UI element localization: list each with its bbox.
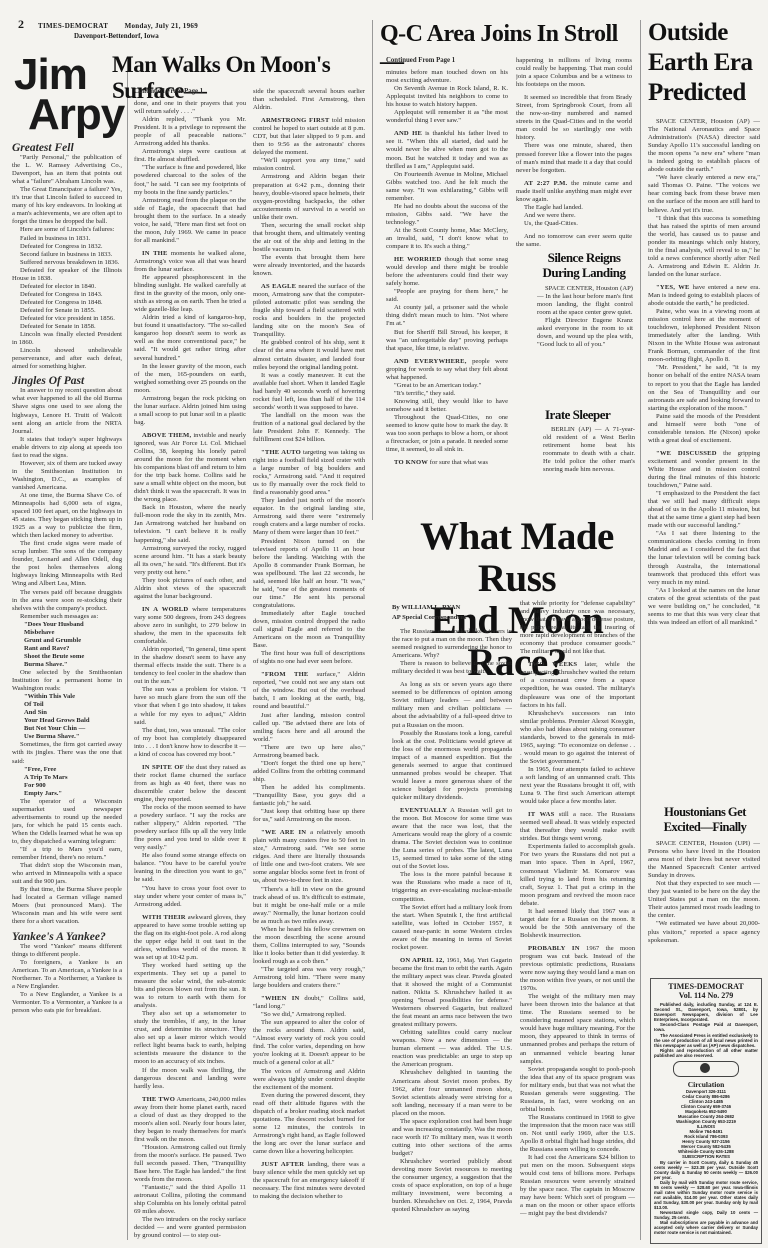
paragraph: The events that brought them here were a… <box>253 254 365 278</box>
paragraph: They landed just north of the moon's equ… <box>253 497 365 537</box>
lead-in: PROBABLY IN <box>528 945 580 952</box>
section-heading: Yankee's A Yankee? <box>12 933 122 941</box>
verse-line: Shoot the Brute some <box>24 653 122 661</box>
section-heading: Greatest Fell <box>12 144 122 152</box>
lead-in: "WE ARE IN <box>261 829 306 836</box>
paragraph: Defeated for Senate in 1858. <box>12 323 122 331</box>
paragraph: He had no doubts about the success of th… <box>386 203 508 227</box>
lead-in: TO KNOW <box>394 459 428 466</box>
paper-location: Davenport-Bettendorf, Iowa <box>74 32 334 41</box>
paragraph: THE TWO Americans, 240,000 miles away fr… <box>134 1096 246 1144</box>
outside-headline: Outside Earth Era Predicted <box>648 18 758 108</box>
verse-line: Your Head Grows Bald <box>24 717 122 725</box>
moon-article-col2: side the spacecraft several hours earlie… <box>253 88 365 1201</box>
paragraph: "Houston. Armstrong called out firmly fr… <box>134 1144 246 1184</box>
paragraph: Defeated for Congress in 1832. <box>12 243 122 251</box>
lead-in: THE TWO <box>142 1096 175 1103</box>
lead-in: AND EVERYWHERE, <box>394 358 467 365</box>
paragraph: Khrushchev delighted in taunting the Ame… <box>392 1069 512 1117</box>
moon-article-col1: Continued From Page 1done, and one in th… <box>134 88 246 1241</box>
paragraph: JUST AFTER landing, there was a busy sil… <box>253 1161 365 1201</box>
paragraph: Armstrong's steps were cautious at first… <box>134 148 246 164</box>
paragraph: SPACE CENTER, Houston (AP) — The Nationa… <box>648 118 760 174</box>
verse-line: Rant and Rave? <box>24 645 122 653</box>
russ-article-col1: The Russians once looked like winners in… <box>392 628 512 1214</box>
paragraph: "We have clearly entered a new era," sai… <box>648 174 760 214</box>
paragraph: ARMSTRONG FIRST told mission control he … <box>253 117 365 157</box>
jingle-verse: "Does Your HusbandMisbehaveGrunt and Gru… <box>12 621 122 669</box>
paragraph: Throughout the Quad-Cities, no one seeme… <box>386 414 508 454</box>
paragraph: "We estimated we have about 20,000-plus … <box>648 920 760 944</box>
paragraph: Knowing still, they would like to have s… <box>386 398 508 414</box>
paragraph: TWO WEEKS later, while the unsuspecting … <box>520 661 635 709</box>
lead-in: HE WORRIED <box>394 256 441 263</box>
silence-article-body: SPACE CENTER, Houston (AP) — In the last… <box>537 285 633 349</box>
paragraph: It was a costly maneuver. It cut the ava… <box>253 372 365 412</box>
circulation-line: SUBSCRIPTION RATES <box>654 1154 758 1159</box>
rate-paragraph: Daily by mail with Sunday motor route se… <box>654 1180 758 1210</box>
lead-in: IT WAS <box>528 811 555 818</box>
paragraph: However, six of them are tucked away in … <box>12 460 122 492</box>
info-paragraph: Published daily, including Sunday, at 12… <box>654 1002 758 1022</box>
paragraph: Just after landing, mission control call… <box>253 712 365 744</box>
lead-in: AND HE <box>394 130 422 137</box>
paragraph: "Fantastic," said the third Apollo 11 as… <box>134 1184 246 1216</box>
verse-line: And Sin <box>24 709 122 717</box>
paragraph: "I emphasized to the President the fact … <box>648 490 760 530</box>
continued-label: Continued From Page 1 <box>134 88 246 96</box>
paragraph: ABOVE THEM, invisible and nearly ignored… <box>134 432 246 504</box>
paragraph: One selected by the Smithsonian Institut… <box>12 669 122 693</box>
paragraph: "THE AUTO targeting was taking us right … <box>253 449 365 497</box>
paragraph: Possibly the Russians took a long, caref… <box>392 730 512 802</box>
paragraph: On Seventh Avenue in Rock Island, R. K. … <box>386 85 508 109</box>
lead-in: IN A WORLD <box>142 606 188 613</box>
paragraph: In the lesser gravity of the moon, each … <box>134 363 246 395</box>
paragraph: The voices of Armstrong and Aldrin were … <box>253 1068 365 1092</box>
paragraph: In answer to my recent question about wh… <box>12 387 122 435</box>
paragraph: "WHEN IN doubt," Collins said, "land lon… <box>253 995 365 1011</box>
paragraph: It had cost the Americans $24 billion to… <box>520 1154 635 1218</box>
paragraph: To a New Englander, a Yankee is a Vermon… <box>12 991 122 1015</box>
paragraph: Defeated for speaker of the Illinois Hou… <box>12 267 122 283</box>
paragraph: The Great Emancipator a failure? Yes, it… <box>12 186 122 226</box>
jingle-verse: "Within This ValeOf ToilAnd SinYour Head… <box>12 693 122 741</box>
paragraph: HE WORRIED though that some snag would d… <box>386 256 508 288</box>
publication-info-box: TIMES-DEMOCRAT Vol. 114 No. 279 Publishe… <box>650 978 762 1244</box>
paragraph: The verses paid off because druggists in… <box>12 589 122 613</box>
lead-in: ABOVE THEM, <box>142 432 191 439</box>
lead-in: WITH THEIR <box>142 914 186 921</box>
paragraph: Lincoln was finally elected President in… <box>12 331 122 347</box>
paragraph: And we were there. <box>516 212 632 220</box>
paragraph: IT WAS still a race. The Russians seemed… <box>520 811 635 843</box>
paragraph: Not that they expected to see much — the… <box>648 880 760 920</box>
paragraph: IN SPITE OF the dust they raised as thei… <box>134 764 246 804</box>
paragraph: Khrushchev worried publicly about devoti… <box>392 1158 512 1214</box>
paragraph: "So we did," Armstrong replied. <box>253 1011 365 1019</box>
info-paragraph: Rights and reproduction of all other mat… <box>654 1048 758 1058</box>
paragraph: Even during the powered descent, they re… <box>253 1092 365 1156</box>
russ-byline: By WILLIAM L. RYAN AP Special Correspond… <box>392 604 512 625</box>
paragraph: Armstrong read from the plaque on the si… <box>134 197 246 245</box>
qc-article-col1: Continued From Page 1minutes before man … <box>386 57 508 467</box>
paragraph: PROBABLY IN 1967 the moon program was cu… <box>520 945 635 993</box>
rate-paragraph: Newsstand single copy, Daily 10 cents — … <box>654 1210 758 1220</box>
paragraph: "As I sat there listening to the communi… <box>648 530 760 586</box>
verse-line: But Not Your Chin — <box>24 725 122 733</box>
paragraph: "You have to cross your foot over to sta… <box>134 885 246 909</box>
paragraph: AT 2:27 P.M. the minute came and made it… <box>516 180 632 204</box>
info-box-volume: Vol. 114 No. 279 <box>654 991 758 1000</box>
paragraph: "The surface is fine and powdered, like … <box>134 164 246 196</box>
verse-line: Grunt and Grumble <box>24 637 122 645</box>
paragraph: The sun appeared to alter the color of t… <box>253 1019 365 1067</box>
paragraph: It states that today's super highways en… <box>12 436 122 460</box>
paragraph: AS EAGLE neared the surface of the moon,… <box>253 283 365 339</box>
lead-in: TWO WEEKS <box>528 661 577 668</box>
lead-in: ARMSTRONG FIRST <box>261 117 329 124</box>
silence-headline: Silence Reigns During Landing <box>535 250 633 280</box>
columnist-logo: Jim Arpy <box>14 55 124 135</box>
paragraph: WITH THEIR awkward gloves, they appeared… <box>134 914 246 962</box>
paragraph: In 1965, four attempts failed to achieve… <box>520 766 635 806</box>
paragraph: But for Sheriff Bill Stroud, his keeper,… <box>386 329 508 353</box>
paragraph: Remember such messages as: <box>12 613 122 621</box>
paragraph: Us, the Quad-Cities. <box>516 220 632 228</box>
paragraph: Khrushchev's successors ran into similar… <box>520 710 635 766</box>
paragraph: "There's a hill in view on the ground tr… <box>253 886 365 926</box>
paragraph: "As I looked at the names on the lunar c… <box>648 587 760 627</box>
lead-in: "THE AUTO <box>261 449 301 456</box>
sleeper-headline: Irate Sleeper <box>545 407 635 422</box>
paragraph: IN A WORLD where temperatures vary some … <box>134 606 246 646</box>
paragraph: side the spacecraft several hours earlie… <box>253 88 365 112</box>
paragraph: They took pictures of each other, and Al… <box>134 577 246 601</box>
paragraph: "FROM THE surface," Aldrin reported, "we… <box>253 671 365 711</box>
paragraph: EVENTUALLY A Russian will get to the moo… <box>392 807 512 871</box>
paragraph: Soviet propaganda sought to pooh-pooh th… <box>520 1066 635 1114</box>
paragraph: On Fourteenth Avenue in Moline, Michael … <box>386 171 508 203</box>
issue-date: Monday, July 21, 1969 <box>125 22 198 30</box>
paragraph: He grabbed control of his ship, sent it … <box>253 339 365 371</box>
circulation-title: Circulation <box>654 1080 758 1089</box>
info-box-title: TIMES-DEMOCRAT <box>654 982 758 991</box>
paragraph: Sometimes, the firm got carried away wit… <box>12 741 122 765</box>
paragraph: that while priority for "defense capabil… <box>520 600 635 656</box>
paragraph: Suffered nervous breakdown in 1836. <box>12 259 122 267</box>
section-heading: Jingles Of Past <box>12 377 122 385</box>
paragraph: There is reason to believe that the sovi… <box>392 660 512 676</box>
paragraph: BERLIN (AP) — A 71-year-old resident of … <box>543 426 635 474</box>
paragraph: As long as six or seven years ago there … <box>392 681 512 729</box>
paragraph: He also found some strange effects on ba… <box>134 852 246 884</box>
paragraph: "YES, WE have entered a new era. Man is … <box>648 284 760 308</box>
paragraph: If the moon walk was thrilling, the dang… <box>134 1067 246 1091</box>
paragraph: Experiments failed to accomplish goals. … <box>520 843 635 907</box>
paragraph: Defeated for vice president in 1856. <box>12 315 122 323</box>
verse-line: Misbehave <box>24 629 122 637</box>
paragraph: Back in Houston, where the nearly full-m… <box>134 504 246 544</box>
paragraph: happening in millions of living rooms co… <box>516 57 632 89</box>
paragraph: Armstrong began the rock picking on the … <box>134 395 246 427</box>
paragraph: The first crude signs were made of scrap… <box>12 540 122 588</box>
paragraph: Defeated for Senate in 1855. <box>12 307 122 315</box>
paragraph: That didn't stop the Wisconsin man, who … <box>12 862 122 886</box>
paragraph: "If a trip to Mars you'd earn, remember … <box>12 846 122 862</box>
lead-in: ON APRIL 12, <box>400 957 444 964</box>
continued-label: Continued From Page 1 <box>386 57 508 65</box>
paragraph: It seemed so incredible that from Brady … <box>516 94 632 142</box>
paragraph: The operator of a Wisconsin supermarket … <box>12 798 122 846</box>
paragraph: minutes before man touched down on his m… <box>386 69 508 85</box>
paragraph: Here are some of Lincoln's failures: <box>12 226 122 234</box>
paragraph: SPACE CENTER, Houston (UPI) — Persons wh… <box>648 840 760 880</box>
paragraph: "It's terrific," they said. <box>386 390 508 398</box>
column-rule <box>372 20 373 520</box>
paragraph: IN THE moments he walked alone, Armstron… <box>134 250 246 274</box>
verse-line: "Does Your Husband <box>24 621 122 629</box>
paragraph: Then, securing the small rocket ship tha… <box>253 222 365 254</box>
paragraph: At the Scott County home, Mac McClery, a… <box>386 227 508 251</box>
lead-in: AT 2:27 P.M. <box>524 180 567 187</box>
paragraph: Aldrin reported, "In general, time spent… <box>134 646 246 686</box>
info-paragraph: The Associated Press is entitled exclusi… <box>654 1033 758 1048</box>
page-number: 2 <box>18 20 24 29</box>
info-paragraph: Second-Class Postage Paid at Davenport, … <box>654 1022 758 1032</box>
paragraph: He appeared phosphorescent in the blindi… <box>134 274 246 314</box>
paragraph: SPACE CENTER, Houston (AP) — In the last… <box>537 285 633 317</box>
verse-line: Empty Jars." <box>24 790 122 798</box>
paragraph: The Russians continued in 1968 to give t… <box>520 1114 635 1154</box>
paragraph: And no tomorrow can ever seem quite the … <box>516 233 632 249</box>
paragraph: Defeated for Congress in 1848. <box>12 299 122 307</box>
paragraph: "Partly Personal," the publication of th… <box>12 154 122 186</box>
verse-line: "Within This Vale <box>24 693 122 701</box>
paragraph: The dust, too, was unusual. "The color o… <box>134 727 246 759</box>
paragraph: Then he added his compliments. "Tranquil… <box>253 784 365 808</box>
paragraph: Immediately after Eagle touched down, mi… <box>253 610 365 650</box>
paragraph: By that time, the Burma Shave people had… <box>12 886 122 926</box>
paragraph: Paine said the moods of the President an… <box>648 413 760 445</box>
paragraph: At one time, the Burma Shave Co. of Minn… <box>12 492 122 540</box>
lead-in: "WHEN IN <box>261 995 299 1002</box>
paragraph: The first hour was full of descriptions … <box>253 650 365 666</box>
verse-line: Burma Shave." <box>24 661 122 669</box>
lead-in: IN SPITE OF <box>142 764 184 771</box>
lead-in: "FROM THE <box>261 671 309 678</box>
paragraph: "Just keep that orbiting base up there f… <box>253 808 365 824</box>
paragraph: Aldrin replied, "Thank you Mr. President… <box>134 116 246 148</box>
column-rule <box>127 60 128 1240</box>
paragraph: The rocks of the moon seemed to have a p… <box>134 804 246 852</box>
paragraph: Lincoln showed unbelievable perserveranc… <box>12 347 122 371</box>
paragraph: Second failure in business in 1833. <box>12 251 122 259</box>
paragraph: TO KNOW for sure that what was <box>386 459 508 467</box>
columnist-column: Greatest Fell"Partly Personal," the publ… <box>12 138 122 1015</box>
paragraph: "WE ARE IN a relatively smooth plain wit… <box>253 829 365 885</box>
paragraph: It had seemed likely that 1967 was a tar… <box>520 908 635 940</box>
paragraph: Paine, who was in a viewing room at miss… <box>648 308 760 364</box>
houston-headline: Houstonians Get Excited—Finally <box>645 805 765 835</box>
sleeper-article-body: BERLIN (AP) — A 71-year-old resident of … <box>543 426 635 474</box>
paragraph: ON APRIL 12, 1961, Maj. Yuri Gagarin bec… <box>392 957 512 1029</box>
paragraph: Flight Director Eugene Kranz asked every… <box>537 317 633 349</box>
lead-in: "WE DISCUSSED <box>656 450 717 457</box>
paragraph: To foreigners, a Yankee is an American. … <box>12 959 122 991</box>
paragraph: President Nixon turned on the televised … <box>253 538 365 610</box>
paragraph: The Soviet effort had a military look fr… <box>392 904 512 952</box>
paragraph: Orbiting satellites could carry nuclear … <box>392 1029 512 1069</box>
paragraph: The word "Yankee" means different things… <box>12 943 122 959</box>
paragraph: The loss is the more painful because it … <box>392 871 512 903</box>
verse-line: Use Burma Shave." <box>24 733 122 741</box>
russ-article-col2: that while priority for "defense capabil… <box>520 600 635 1219</box>
paragraph: "We'll support you any time," said missi… <box>253 157 365 173</box>
paragraph: The space exploration cost had been huge… <box>392 1118 512 1158</box>
paragraph: "Don't forget the third one up here," ad… <box>253 760 365 784</box>
qc-article-col2: happening in millions of living rooms co… <box>516 57 632 249</box>
verse-line: A Trip To Mars <box>24 774 122 782</box>
paragraph: They worked hard setting up the experime… <box>134 962 246 1010</box>
paragraph: "Great to be an American today." <box>386 382 508 390</box>
lead-in: AS EAGLE <box>261 283 296 290</box>
paragraph: Aldrin tried a kind of kangaroo-hop, but… <box>134 314 246 362</box>
paragraph: "I think that this success is something … <box>648 215 760 279</box>
paragraph: The two intruders on the rocky surface d… <box>134 1216 246 1240</box>
paragraph: AND EVERYWHERE, people were groping for … <box>386 358 508 382</box>
circulation-logo <box>673 1061 739 1077</box>
lead-in: IN THE <box>142 250 168 257</box>
paragraph: "People are praying for them here," he s… <box>386 288 508 304</box>
paragraph: Failed in business in 1831. <box>12 235 122 243</box>
paragraph: Armstrong and Aldrin began their prepara… <box>253 173 365 221</box>
verse-line: Of Toil <box>24 701 122 709</box>
paragraph: "WE DISCUSSED the gripping excitement an… <box>648 450 760 490</box>
paragraph: "Mr. President," he said, "it is my hono… <box>648 364 760 412</box>
paragraph: The weight of the military men may have … <box>520 993 635 1065</box>
jingle-verse: "Free, FreeA Trip To MarsFor 900Empty Ja… <box>12 766 122 798</box>
outside-article-body: SPACE CENTER, Houston (AP) — The Nationa… <box>648 118 760 627</box>
paragraph: done, and one in their prayers that you … <box>134 100 246 116</box>
rate-paragraph: Mail subscriptions are payable in advanc… <box>654 1220 758 1235</box>
paragraph: The Eagle had landed. <box>516 204 632 212</box>
lead-in: EVENTUALLY <box>400 807 447 814</box>
paragraph: There was one minute, shared, then press… <box>516 142 632 174</box>
paragraph: The sun was a problem for vision. "I hav… <box>134 686 246 726</box>
column-rule <box>640 20 641 1240</box>
paragraph: The Russians once looked like winners in… <box>392 628 512 660</box>
rate-paragraph: By carrier in Scott County, daily & Sund… <box>654 1160 758 1180</box>
paragraph: AND HE is thankful his father lived to s… <box>386 130 508 170</box>
verse-line: For 900 <box>24 782 122 790</box>
paragraph: They also set up a seismometer to study … <box>134 1010 246 1066</box>
paragraph: "The targeted area was very rough," Arms… <box>253 966 365 990</box>
verse-line: "Free, Free <box>24 766 122 774</box>
paper-name: TIMES-DEMOCRAT Monday, July 21, 1969 <box>38 22 338 31</box>
paragraph: Defeated for elector in 1840. <box>12 283 122 291</box>
paragraph: Defeated for Congress in 1843. <box>12 291 122 299</box>
paragraph: Armstrong surveyed the rocky, rugged sce… <box>134 545 246 577</box>
houston-article-body: SPACE CENTER, Houston (UPI) — Persons wh… <box>648 840 760 945</box>
paragraph: At county jail, a prisoner said the whol… <box>386 304 508 328</box>
paragraph: When he heard his fellow crewmen on the … <box>253 926 365 966</box>
lead-in: "YES, WE <box>656 284 690 291</box>
paragraph: Applequist will remember it as "the most… <box>386 109 508 125</box>
lead-in: JUST AFTER <box>261 1161 304 1168</box>
paragraph: The landfall on the moon was the fruitio… <box>253 412 365 444</box>
paragraph: "There are two up here also," Armstrong … <box>253 744 365 760</box>
